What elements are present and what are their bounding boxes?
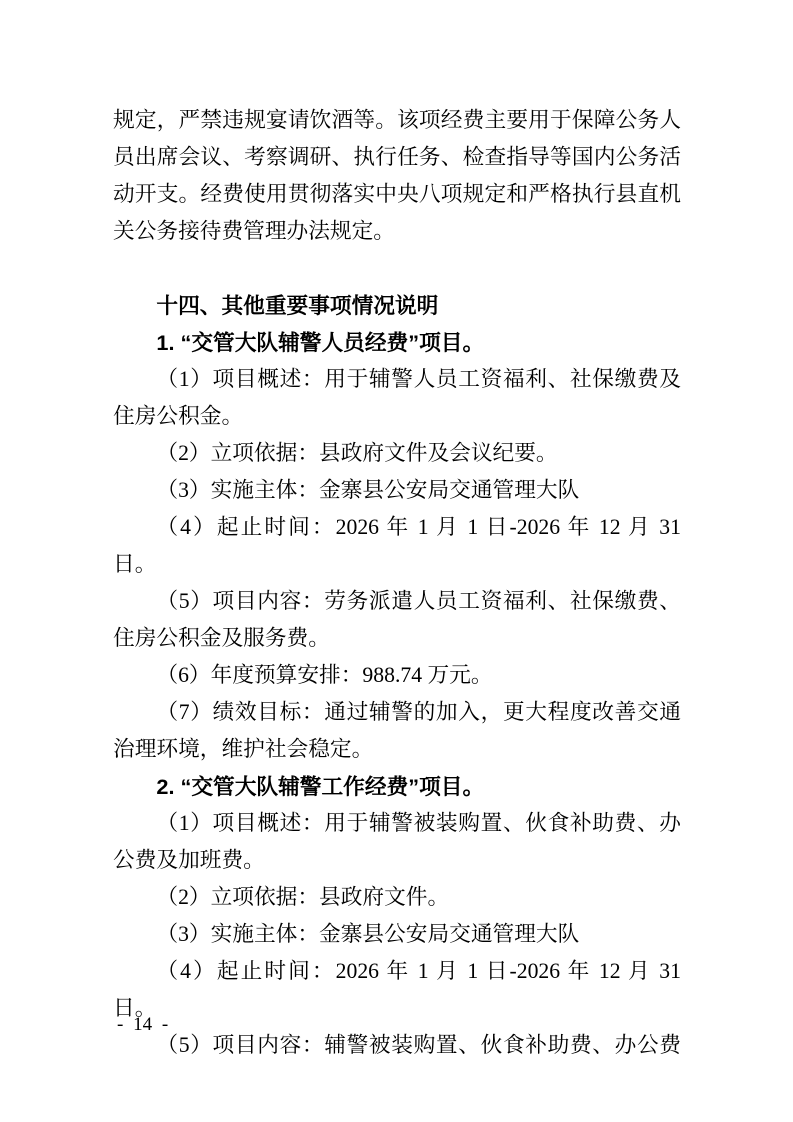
- project-2-item-basis: （2）立项依据：县政府文件。: [113, 879, 681, 916]
- project-1-item-period: （4）起止时间：2026 年 1 月 1 日-2026 年 12 月 31 日。: [113, 509, 681, 583]
- section-heading: 十四、其他重要事项情况说明: [113, 287, 681, 324]
- project-1-item-entity: （3）实施主体：金寨县公安局交通管理大队: [113, 472, 681, 509]
- project-1-item-goal: （7）绩效目标：通过辅警的加入，更大程度改善交通治理环境，维护社会稳定。: [113, 694, 681, 768]
- page-number: - 14 -: [117, 1012, 168, 1038]
- project-2-item-content: （5）项目内容：辅警被装购置、伙食补助费、办公费: [113, 1027, 681, 1064]
- project-1-item-overview: （1）项目概述：用于辅警人员工资福利、社保缴费及住房公积金。: [113, 361, 681, 435]
- project-2-title: 2. “交管大队辅警工作经费”项目。: [113, 768, 681, 805]
- project-2-item-entity: （3）实施主体：金寨县公安局交通管理大队: [113, 916, 681, 953]
- project-1-title: 1. “交管大队辅警人员经费”项目。: [113, 324, 681, 361]
- project-1-item-content: （5）项目内容：劳务派遣人员工资福利、社保缴费、住房公积金及服务费。: [113, 583, 681, 657]
- page-content: 规定，严禁违规宴请饮酒等。该项经费主要用于保障公务人员出席会议、考察调研、执行任…: [113, 102, 681, 1064]
- project-2-item-period: （4）起止时间：2026 年 1 月 1 日-2026 年 12 月 31 日。: [113, 953, 681, 1027]
- document-page: 规定，严禁违规宴请饮酒等。该项经费主要用于保障公务人员出席会议、考察调研、执行任…: [0, 0, 793, 1122]
- project-2-item-overview: （1）项目概述：用于辅警被装购置、伙食补助费、办公费及加班费。: [113, 805, 681, 879]
- project-1-item-basis: （2）立项依据：县政府文件及会议纪要。: [113, 435, 681, 472]
- intro-paragraph: 规定，严禁违规宴请饮酒等。该项经费主要用于保障公务人员出席会议、考察调研、执行任…: [113, 102, 681, 250]
- project-1-item-budget: （6）年度预算安排：988.74 万元。: [113, 657, 681, 694]
